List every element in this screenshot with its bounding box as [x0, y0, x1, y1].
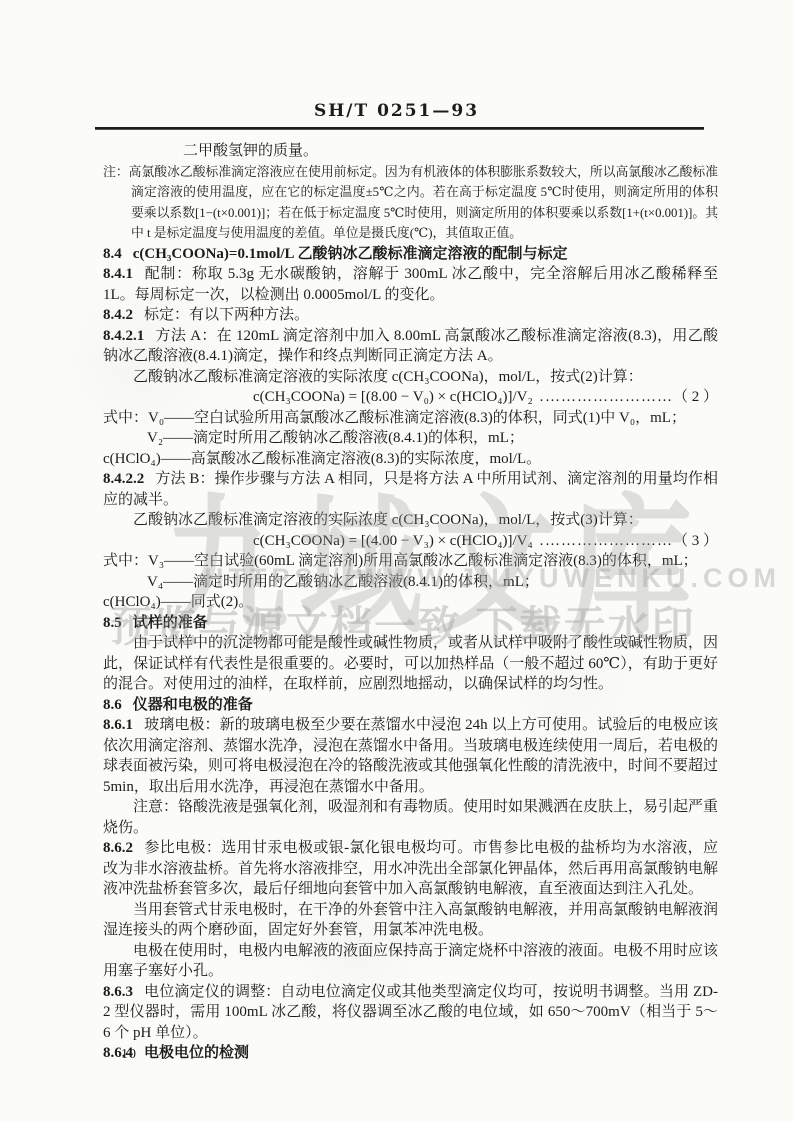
clause-8-4-2: 8.4.2标定：有以下两种方法。 — [103, 305, 718, 326]
clause-8-4-2-1: 8.4.2.1方法 A：在 120mL 滴定溶剂中加入 8.00mL 高氯酸冰乙… — [103, 326, 718, 367]
clause-number: 8.4.1 — [103, 266, 133, 282]
clause-number: 8.4.2 — [103, 307, 133, 323]
where-line-v4: V₄——滴定时所用的乙酸钠冰乙酸溶液(8.4.1)的体积，mL； — [103, 572, 718, 593]
clause-text: 试样的准备 — [133, 615, 208, 631]
clause-8-4-1: 8.4.1配制：称取 5.3g 无水碳酸钠，溶解于 300mL 冰乙酸中，完全溶… — [103, 264, 718, 305]
paragraph-concentration-eq3: 乙酸钠冰乙酸标准滴定溶液的实际浓度 c(CH₃COONa)，mol/L，按式(3… — [103, 510, 718, 531]
paragraph-sample-prep: 由于试样中的沉淀物都可能是酸性或碱性物质，或者从试样中吸附了酸性或碱性物质，因此… — [103, 633, 718, 695]
clause-8-6-3: 8.6.3电位滴定仪的调整：自动电位滴定仪或其他类型滴定仪均可，按说明书调整。当… — [103, 982, 718, 1044]
clause-number: 8.4.2.1 — [103, 328, 144, 344]
equation-number: （ 2 ） — [673, 387, 718, 408]
clause-text: 电极电位的检测 — [144, 1045, 249, 1061]
equation-leader: …………………………………………………… — [539, 387, 673, 408]
clause-number: 8.6.1 — [103, 717, 133, 733]
clause-8-6-4-heading: 8.6.4电极电位的检测 — [103, 1043, 718, 1064]
equation-expression: c(CH₃COONa) = [(4.00 − V₃) × c(HClO₄)]/V… — [253, 531, 533, 552]
clause-number: 8.5 — [103, 615, 122, 631]
clause-text: 仪器和电极的准备 — [133, 697, 253, 713]
clause-text: 方法 A：在 120mL 滴定溶剂中加入 8.00mL 高氯酸冰乙酸标准滴定溶液… — [103, 328, 718, 365]
document-body: 二甲酸氢钾的质量。 注：高氯酸冰乙酸标准滴定溶液应在使用前标定。因为有机液体的体… — [103, 141, 718, 1064]
clause-8-4-heading: 8.4c(CH₃COONa)=0.1mol/L 乙酸钠冰乙酸标准滴定溶液的配制与… — [103, 244, 718, 265]
clause-number: 8.6.3 — [103, 984, 133, 1000]
clause-text: 玻璃电极：新的玻璃电极至少要在蒸馏水中浸泡 24h 以上方可使用。试验后的电极应… — [103, 717, 718, 795]
paragraph-sleeve-electrode: 当用套管式甘汞电极时，在干净的外套管中注入高氯酸钠电解液，并用高氯酸钠电解液润湿… — [103, 900, 718, 941]
where-line-v0: 式中：V₀——空白试验所用高氯酸冰乙酸标准滴定溶液(8.3)的体积，同式(1)中… — [103, 408, 718, 429]
where-line-v3: 式中：V₃——空白试验(60mL 滴定溶剂)所用高氯酸冰乙酸标准滴定溶液(8.3… — [103, 551, 718, 572]
equation-number: （ 3 ） — [673, 531, 718, 552]
equation-3: c(CH₃COONa) = [(4.00 − V₃) × c(HClO₄)]/V… — [103, 531, 718, 552]
clause-number: 8.4 — [103, 246, 122, 262]
standard-code: SH/T 0251—93 — [0, 101, 793, 121]
clause-8-6-heading: 8.6仪器和电极的准备 — [103, 695, 718, 716]
clause-text: 参比电极：选用甘汞电极或银-氯化银电极均可。市售参比电极的盐桥均为水溶液，应改为… — [103, 840, 718, 897]
where-line-hclo4-2: c(HClO₄)——同式(2)。 — [103, 592, 718, 613]
paragraph-concentration-eq2: 乙酸钠冰乙酸标准滴定溶液的实际浓度 c(CH₃COONa)，mol/L，按式(2… — [103, 367, 718, 388]
equation-expression: c(CH₃COONa) = [(8.00 − V₀) × c(HClO₄)]/V… — [253, 387, 533, 408]
clause-text: 方法 B：操作步骤与方法 A 相同，只是将方法 A 中所用试剂、滴定溶剂的用量均… — [103, 471, 718, 508]
note-paragraph: 注：高氯酸冰乙酸标准滴定溶液应在使用前标定。因为有机液体的体积膨胀系数较大，所以… — [103, 162, 718, 244]
continuation-line: 二甲酸氢钾的质量。 — [103, 141, 718, 162]
paragraph-caution: 注意：铬酸洗液是强氧化剂，吸湿剂和有毒物质。使用时如果溅洒在皮肤上，易引起严重烧… — [103, 797, 718, 838]
clause-number: 8.6.2 — [103, 840, 133, 856]
clause-number: 8.4.2.2 — [103, 471, 144, 487]
clause-8-5-heading: 8.5试样的准备 — [103, 613, 718, 634]
clause-number: 8.6 — [103, 697, 122, 713]
clause-text: c(CH₃COONa)=0.1mol/L 乙酸钠冰乙酸标准滴定溶液的配制与标定 — [133, 246, 568, 262]
clause-8-6-1: 8.6.1玻璃电极：新的玻璃电极至少要在蒸馏水中浸泡 24h 以上方可使用。试验… — [103, 715, 718, 797]
clause-text: 电位滴定仪的调整：自动电位滴定仪或其他类型滴定仪均可，按说明书调整。当用 ZD-… — [103, 984, 718, 1041]
equation-2: c(CH₃COONa) = [(8.00 − V₀) × c(HClO₄)]/V… — [103, 387, 718, 408]
clause-text: 配制：称取 5.3g 无水碳酸钠，溶解于 300mL 冰乙酸中，完全溶解后用冰乙… — [103, 266, 718, 303]
clause-text: 标定：有以下两种方法。 — [144, 307, 309, 323]
equation-leader: …………………………………………………… — [539, 531, 673, 552]
where-line-hclo4: c(HClO₄)——高氯酸冰乙酸标准滴定溶液(8.3)的实际浓度，mol/L。 — [103, 449, 718, 470]
page-number: 10 — [121, 1047, 137, 1063]
clause-8-4-2-2: 8.4.2.2方法 B：操作步骤与方法 A 相同，只是将方法 A 中所用试剂、滴… — [103, 469, 718, 510]
where-line-v2: V₂——滴定时所用乙酸钠冰乙酸溶液(8.4.1)的体积，mL； — [103, 428, 718, 449]
paragraph-electrode-use: 电极在使用时，电极内电解液的液面应保持高于滴定烧杯中溶液的液面。电极不用时应该用… — [103, 941, 718, 982]
header-rule — [95, 127, 704, 130]
clause-8-6-2: 8.6.2参比电极：选用甘汞电极或银-氯化银电极均可。市售参比电极的盐桥均为水溶… — [103, 838, 718, 900]
